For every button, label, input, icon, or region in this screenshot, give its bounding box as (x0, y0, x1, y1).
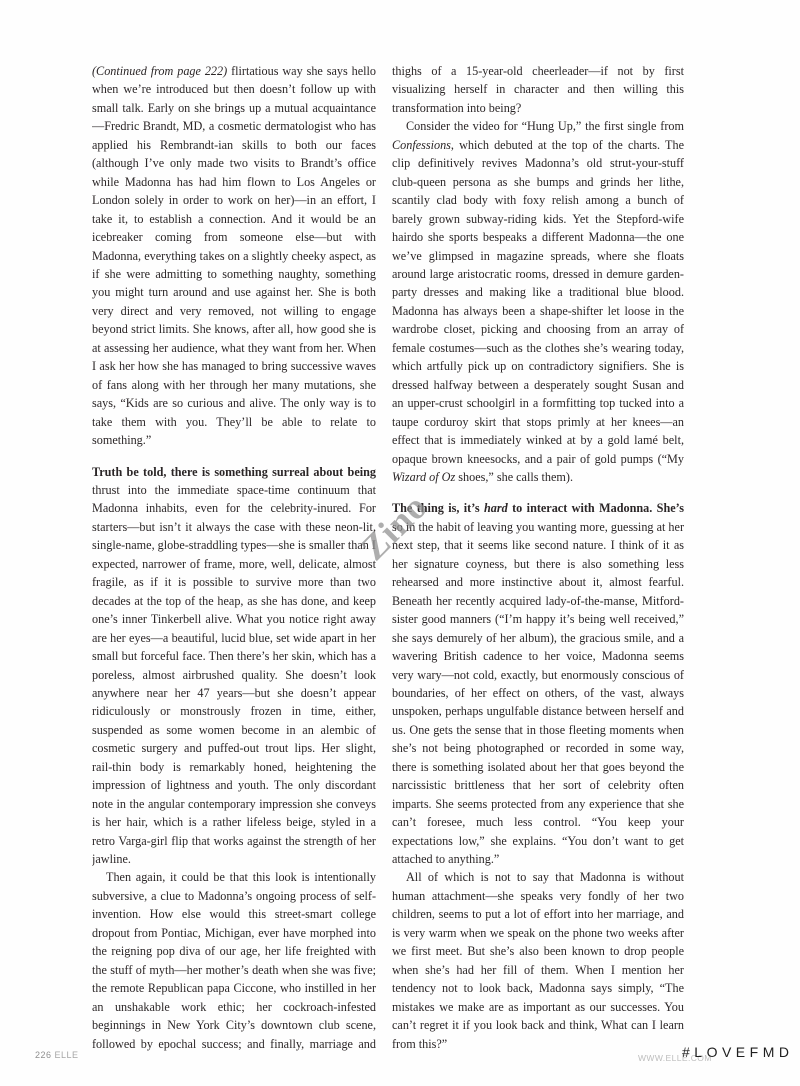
right-column: thighs of a 15-year-old cheerleader—if n… (392, 62, 684, 1052)
article-body: (Continued from page 222) flirtatious wa… (92, 62, 684, 1052)
section-lead-text: Truth be told, there is something surrea… (92, 465, 376, 479)
paragraph-text: flirtatious way she says hello when we’r… (92, 64, 376, 447)
continued-from-note: (Continued from page 222) (92, 64, 231, 78)
paragraph-text: shoes,” she calls them). (455, 470, 573, 484)
folio-page-number: 226 ELLE (35, 1050, 79, 1060)
section-lead-text: to interact with Madonna. She’s (508, 501, 684, 515)
paragraph-continuation: (Continued from page 222) flirtatious wa… (92, 62, 376, 450)
paragraph-continuation: thighs of a 15-year-old cheerleader—if n… (392, 62, 684, 117)
movie-title: Wizard of Oz (392, 470, 455, 484)
paragraph: All of which is not to say that Madonna … (392, 868, 684, 1052)
left-column: (Continued from page 222) flirtatious wa… (92, 62, 376, 1052)
paragraph: Then again, it could be that this look i… (92, 868, 376, 1052)
paragraph-text: Consider the video for “Hung Up,” the fi… (406, 119, 684, 133)
lovefmd-watermark: #LOVEFMD (682, 1044, 793, 1060)
paragraph-section-lead: The thing is, it’s hard to interact with… (392, 499, 684, 868)
paragraph-text: so in the habit of leaving you wanting m… (392, 520, 684, 866)
section-lead-emphasis: hard (484, 501, 508, 515)
paragraph-text: Then again, it could be that this look i… (92, 870, 376, 1052)
paragraph-text: thrust into the immediate space-time con… (92, 483, 376, 866)
album-title: Confessions (392, 138, 451, 152)
page-number: 226 (35, 1050, 52, 1060)
paragraph-text: All of which is not to say that Madonna … (392, 870, 684, 1050)
paragraph-text: thighs of a 15-year-old cheerleader—if n… (392, 64, 684, 115)
magazine-page: (Continued from page 222) flirtatious wa… (0, 0, 800, 1086)
paragraph-section-lead: Truth be told, there is something surrea… (92, 463, 376, 869)
paragraph: Consider the video for “Hung Up,” the fi… (392, 117, 684, 486)
magazine-name: ELLE (55, 1050, 79, 1060)
paragraph-text: , which debuted at the top of the charts… (392, 138, 684, 466)
section-lead-text: The thing is, it’s (392, 501, 484, 515)
